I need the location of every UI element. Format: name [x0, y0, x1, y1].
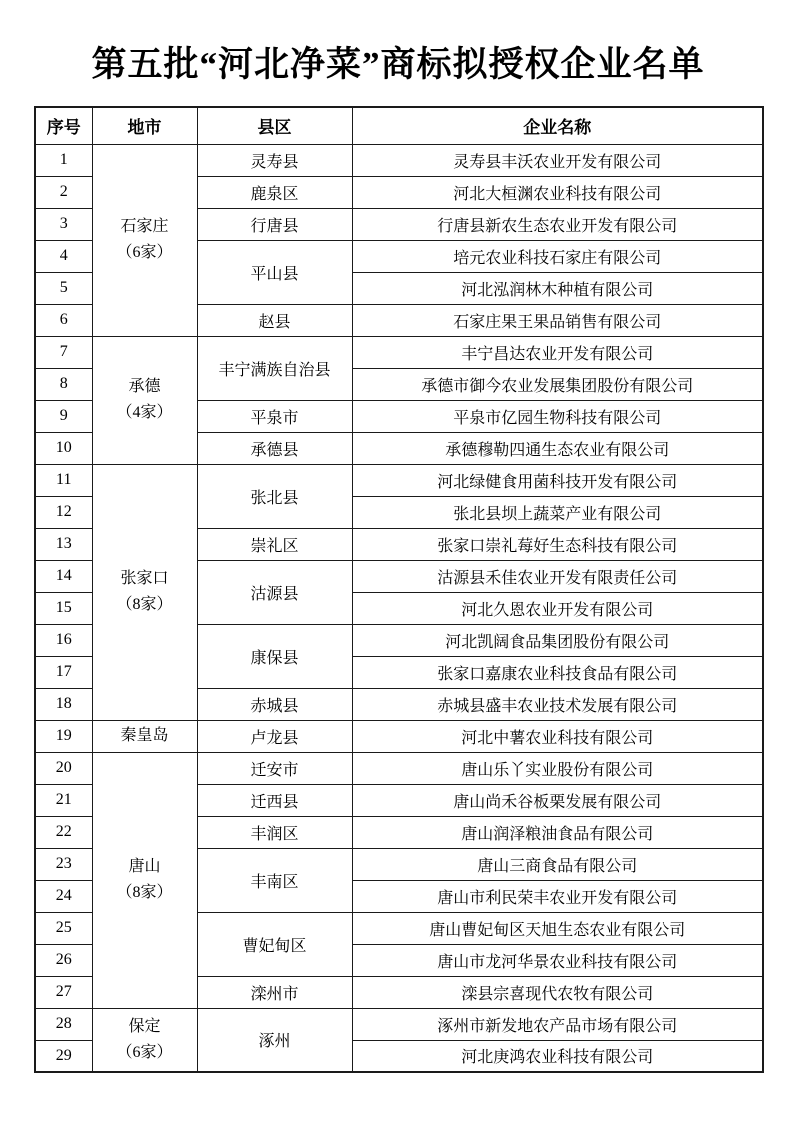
table-row: 20唐山（8家）迁安市唐山乐丫实业股份有限公司 — [35, 752, 763, 784]
district-cell: 平泉市 — [197, 400, 352, 432]
row-number: 19 — [35, 720, 92, 752]
company-name: 涿州市新发地农产品市场有限公司 — [352, 1008, 763, 1040]
company-name: 河北中薯农业科技有限公司 — [352, 720, 763, 752]
district-cell: 承德县 — [197, 432, 352, 464]
company-name: 石家庄果王果品销售有限公司 — [352, 304, 763, 336]
row-number: 7 — [35, 336, 92, 368]
row-number: 14 — [35, 560, 92, 592]
company-name: 沽源县禾佳农业开发有限责任公司 — [352, 560, 763, 592]
row-number: 29 — [35, 1040, 92, 1072]
city-cell: 保定（6家） — [92, 1008, 197, 1072]
company-name: 承德市御今农业发展集团股份有限公司 — [352, 368, 763, 400]
company-name: 平泉市亿园生物科技有限公司 — [352, 400, 763, 432]
row-number: 25 — [35, 912, 92, 944]
company-name: 河北久恩农业开发有限公司 — [352, 592, 763, 624]
row-number: 17 — [35, 656, 92, 688]
enterprise-table: 序号 地市 县区 企业名称 1石家庄（6家）灵寿县灵寿县丰沃农业开发有限公司2鹿… — [34, 106, 764, 1073]
city-count: （4家） — [95, 400, 195, 426]
company-name: 滦县宗喜现代农牧有限公司 — [352, 976, 763, 1008]
district-cell: 灵寿县 — [197, 144, 352, 176]
city-count: （6家） — [95, 240, 195, 266]
row-number: 2 — [35, 176, 92, 208]
row-number: 3 — [35, 208, 92, 240]
company-name: 张家口嘉康农业科技食品有限公司 — [352, 656, 763, 688]
district-cell: 沽源县 — [197, 560, 352, 624]
district-cell: 卢龙县 — [197, 720, 352, 752]
district-cell: 丰宁满族自治县 — [197, 336, 352, 400]
city-name: 唐山 — [95, 854, 195, 880]
company-name: 赤城县盛丰农业技术发展有限公司 — [352, 688, 763, 720]
company-name: 唐山市龙河华景农业科技有限公司 — [352, 944, 763, 976]
row-number: 10 — [35, 432, 92, 464]
district-cell: 平山县 — [197, 240, 352, 304]
header-serial-number: 序号 — [35, 107, 92, 144]
company-name: 河北凯阔食品集团股份有限公司 — [352, 624, 763, 656]
company-name: 承德穆勒四通生态农业有限公司 — [352, 432, 763, 464]
row-number: 5 — [35, 272, 92, 304]
city-cell: 张家口（8家） — [92, 464, 197, 720]
city-name: 石家庄 — [95, 214, 195, 240]
row-number: 4 — [35, 240, 92, 272]
row-number: 27 — [35, 976, 92, 1008]
table-row: 11张家口（8家）张北县河北绿健食用菌科技开发有限公司 — [35, 464, 763, 496]
page-title: 第五批“河北净菜”商标拟授权企业名单 — [34, 0, 762, 86]
district-cell: 丰南区 — [197, 848, 352, 912]
company-name: 河北庚鸿农业科技有限公司 — [352, 1040, 763, 1072]
district-cell: 行唐县 — [197, 208, 352, 240]
table-row: 1石家庄（6家）灵寿县灵寿县丰沃农业开发有限公司 — [35, 144, 763, 176]
district-cell: 康保县 — [197, 624, 352, 688]
row-number: 28 — [35, 1008, 92, 1040]
city-cell: 唐山（8家） — [92, 752, 197, 1008]
district-cell: 鹿泉区 — [197, 176, 352, 208]
header-district: 县区 — [197, 107, 352, 144]
company-name: 河北泓润林木种植有限公司 — [352, 272, 763, 304]
company-name: 唐山尚禾谷板栗发展有限公司 — [352, 784, 763, 816]
company-name: 河北绿健食用菌科技开发有限公司 — [352, 464, 763, 496]
company-name: 张北县坝上蔬菜产业有限公司 — [352, 496, 763, 528]
row-number: 26 — [35, 944, 92, 976]
city-cell: 秦皇岛 — [92, 720, 197, 752]
row-number: 18 — [35, 688, 92, 720]
company-name: 培元农业科技石家庄有限公司 — [352, 240, 763, 272]
company-name: 行唐县新农生态农业开发有限公司 — [352, 208, 763, 240]
company-name: 张家口崇礼莓好生态科技有限公司 — [352, 528, 763, 560]
row-number: 15 — [35, 592, 92, 624]
district-cell: 赤城县 — [197, 688, 352, 720]
row-number: 1 — [35, 144, 92, 176]
row-number: 23 — [35, 848, 92, 880]
city-cell: 石家庄（6家） — [92, 144, 197, 336]
district-cell: 迁西县 — [197, 784, 352, 816]
table-row: 19秦皇岛卢龙县河北中薯农业科技有限公司 — [35, 720, 763, 752]
city-name: 秦皇岛 — [95, 723, 195, 749]
district-cell: 滦州市 — [197, 976, 352, 1008]
row-number: 11 — [35, 464, 92, 496]
company-name: 丰宁昌达农业开发有限公司 — [352, 336, 763, 368]
header-company-name: 企业名称 — [352, 107, 763, 144]
city-count: （8家） — [95, 880, 195, 906]
row-number: 13 — [35, 528, 92, 560]
document-page: 第五批“河北净菜”商标拟授权企业名单 序号 地市 县区 企业名称 1石家庄（6家… — [0, 0, 796, 1131]
row-number: 21 — [35, 784, 92, 816]
row-number: 22 — [35, 816, 92, 848]
district-cell: 涿州 — [197, 1008, 352, 1072]
company-name: 唐山润泽粮油食品有限公司 — [352, 816, 763, 848]
city-count: （6家） — [95, 1040, 195, 1066]
row-number: 24 — [35, 880, 92, 912]
city-cell: 承德（4家） — [92, 336, 197, 464]
company-name: 河北大桓渊农业科技有限公司 — [352, 176, 763, 208]
company-name: 唐山三商食品有限公司 — [352, 848, 763, 880]
company-name: 唐山乐丫实业股份有限公司 — [352, 752, 763, 784]
city-name: 承德 — [95, 374, 195, 400]
header-row: 序号 地市 县区 企业名称 — [35, 107, 763, 144]
company-name: 唐山曹妃甸区天旭生态农业有限公司 — [352, 912, 763, 944]
header-city: 地市 — [92, 107, 197, 144]
city-name: 张家口 — [95, 566, 195, 592]
company-name: 唐山市利民荣丰农业开发有限公司 — [352, 880, 763, 912]
row-number: 9 — [35, 400, 92, 432]
table-row: 7承德（4家）丰宁满族自治县丰宁昌达农业开发有限公司 — [35, 336, 763, 368]
district-cell: 崇礼区 — [197, 528, 352, 560]
table-row: 28保定（6家）涿州涿州市新发地农产品市场有限公司 — [35, 1008, 763, 1040]
row-number: 20 — [35, 752, 92, 784]
city-name: 保定 — [95, 1014, 195, 1040]
district-cell: 丰润区 — [197, 816, 352, 848]
district-cell: 迁安市 — [197, 752, 352, 784]
city-count: （8家） — [95, 592, 195, 618]
row-number: 12 — [35, 496, 92, 528]
company-name: 灵寿县丰沃农业开发有限公司 — [352, 144, 763, 176]
district-cell: 曹妃甸区 — [197, 912, 352, 976]
district-cell: 赵县 — [197, 304, 352, 336]
district-cell: 张北县 — [197, 464, 352, 528]
row-number: 8 — [35, 368, 92, 400]
row-number: 6 — [35, 304, 92, 336]
row-number: 16 — [35, 624, 92, 656]
